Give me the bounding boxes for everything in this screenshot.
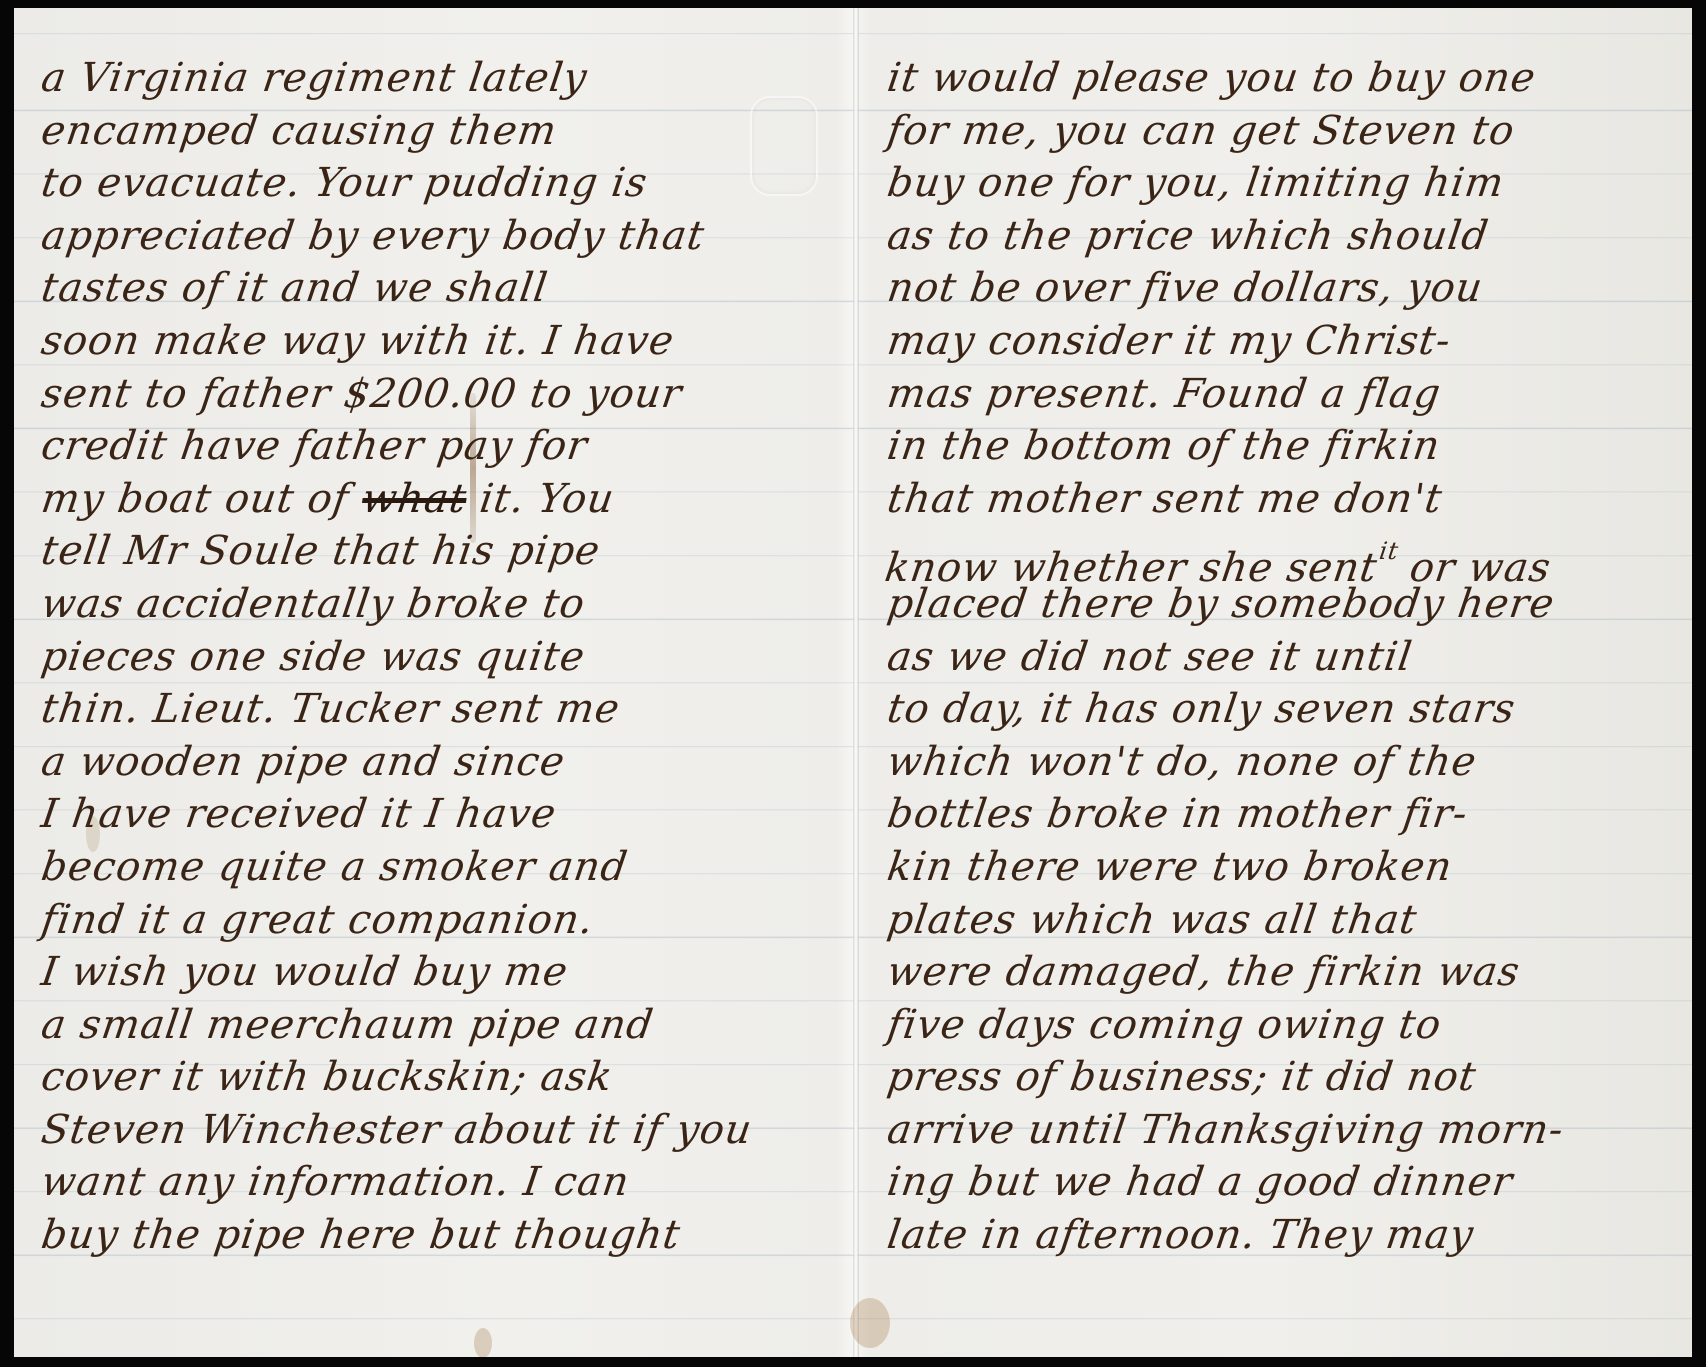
right-column: it would please you to buy one for me, y… bbox=[884, 52, 1692, 1262]
text-line: five days coming owing to bbox=[884, 999, 1692, 1052]
text-line: plates which was all that bbox=[884, 894, 1692, 947]
text-line: kin there were two broken bbox=[884, 841, 1692, 894]
text-line: find it a great companion. bbox=[38, 894, 865, 947]
text-line: were damaged, the firkin was bbox=[884, 946, 1692, 999]
text-line: that mother sent me don't bbox=[884, 473, 1692, 526]
text-line: as we did not see it until bbox=[884, 631, 1692, 684]
struck-word: what bbox=[359, 476, 469, 522]
line-text: my boat out of bbox=[39, 476, 353, 522]
text-line: ing but we had a good dinner bbox=[884, 1156, 1692, 1209]
text-line: not be over five dollars, you bbox=[884, 262, 1692, 315]
text-line: a wooden pipe and since bbox=[38, 736, 865, 789]
text-line: encamped causing them bbox=[38, 105, 865, 158]
text-line: Steven Winchester about it if you bbox=[38, 1104, 865, 1157]
text-line: thin. Lieut. Tucker sent me bbox=[38, 683, 865, 736]
text-line: to day, it has only seven stars bbox=[884, 683, 1692, 736]
text-line: which won't do, none of the bbox=[884, 736, 1692, 789]
text-line: late in afternoon. They may bbox=[884, 1209, 1692, 1262]
text-line: tastes of it and we shall bbox=[38, 262, 865, 315]
text-line: it would please you to buy one bbox=[884, 52, 1692, 105]
text-line: press of business; it did not bbox=[884, 1051, 1692, 1104]
text-line: bottles broke in mother fir- bbox=[884, 788, 1692, 841]
text-line: for me, you can get Steven to bbox=[884, 105, 1692, 158]
text-line: to evacuate. Your pudding is bbox=[38, 157, 865, 210]
foxing-stain bbox=[474, 1328, 492, 1357]
foxing-stain bbox=[850, 1298, 890, 1348]
text-line: in the bottom of the firkin bbox=[884, 420, 1692, 473]
left-column: a Virginia regiment lately encamped caus… bbox=[38, 52, 858, 1262]
text-line: buy one for you, limiting him bbox=[884, 157, 1692, 210]
text-line: may consider it my Christ- bbox=[884, 315, 1692, 368]
text-line: as to the price which should bbox=[884, 210, 1692, 263]
line-tail: it. You bbox=[463, 476, 617, 522]
text-line: a Virginia regiment lately bbox=[38, 52, 865, 105]
text-line: a small meerchaum pipe and bbox=[38, 999, 865, 1052]
text-line: soon make way with it. I have bbox=[38, 315, 865, 368]
text-line: mas present. Found a flag bbox=[884, 368, 1692, 421]
text-line: pieces one side was quite bbox=[38, 631, 865, 684]
text-line: was accidentally broke to bbox=[38, 578, 865, 631]
text-line: tell Mr Soule that his pipe bbox=[38, 525, 865, 578]
text-line: sent to father $200.00 to your bbox=[38, 368, 865, 421]
text-line: cover it with buckskin; ask bbox=[38, 1051, 865, 1104]
text-line: I wish you would buy me bbox=[38, 946, 865, 999]
text-line: appreciated by every body that bbox=[38, 210, 865, 263]
text-line: placed there by somebody here bbox=[884, 578, 1692, 631]
text-line: I have received it I have bbox=[38, 788, 865, 841]
text-line: become quite a smoker and bbox=[38, 841, 865, 894]
text-line: arrive until Thanksgiving morn- bbox=[884, 1104, 1692, 1157]
text-line-with-strikethrough: my boat out of what it. You bbox=[38, 473, 865, 526]
text-line: want any information. I can bbox=[38, 1156, 865, 1209]
text-line: credit have father pay for bbox=[38, 420, 865, 473]
letter-sheet: a Virginia regiment lately encamped caus… bbox=[14, 8, 1692, 1357]
text-line: buy the pipe here but thought bbox=[38, 1209, 865, 1262]
text-line-with-insertion: know whether she sentit or was bbox=[884, 525, 1692, 578]
